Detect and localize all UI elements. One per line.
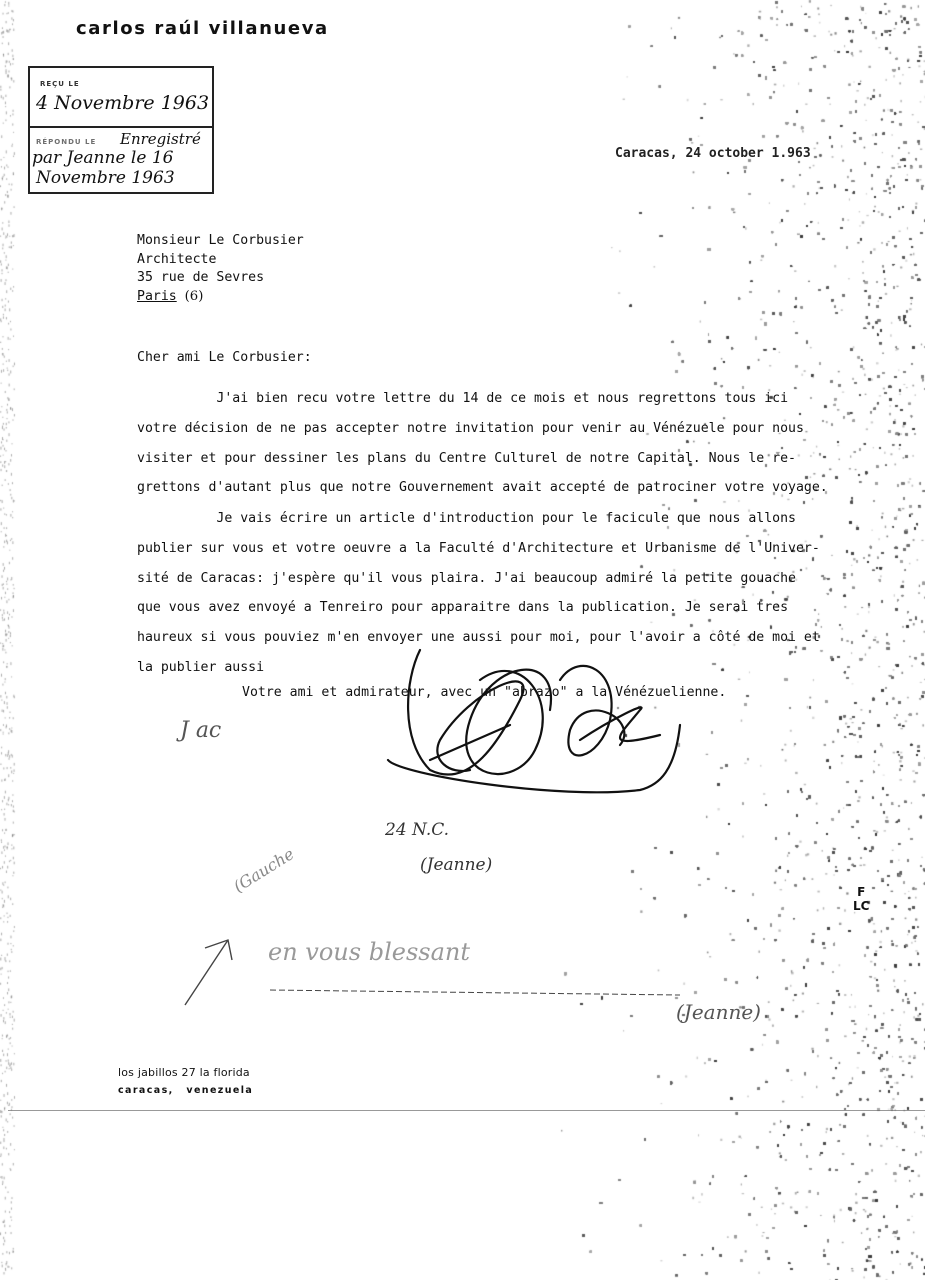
filing-mark: F LC [853,885,869,913]
stamp-note-line2: par Jeanne le 16 [32,148,173,168]
paragraph-line: haureux si vous pouviez m'en envoyer une… [137,623,820,653]
footer-address-line2: caracas, venezuela [118,1085,253,1096]
paragraph-line: Je vais écrire un article d'introduction… [137,504,820,534]
paragraph-line: publier sur vous et votre oeuvre a la Fa… [137,534,820,564]
filing-mark-line1: F [853,885,869,899]
recipient-name: Monsieur Le Corbusier [137,232,304,251]
received-stamp: REÇU LE 4 Novembre 1963 RÉPONDU LE Enreg… [28,66,214,194]
recipient-district: (6) [185,289,204,304]
stamp-label-answered: RÉPONDU LE [36,138,96,146]
letterhead-name: carlos raúl villanueva [76,18,329,39]
recipient-street: 35 rue de Sevres [137,269,304,288]
stamp-note-line1: Enregistré [120,130,201,148]
recipient-city: Paris [137,289,177,304]
salutation: Cher ami Le Corbusier: [137,350,312,365]
annotation-initials: J ac [180,718,221,743]
stamp-label-received: REÇU LE [40,80,80,88]
paragraph-line: que vous avez envoyé a Tenreiro pour app… [137,593,820,623]
paragraph-line: J'ai bien recu votre lettre du 14 de ce … [137,384,828,414]
closing-line: Votre ami et admirateur, avec un "abrazo… [242,685,726,700]
footer-address-line1: los jabillos 27 la florida [118,1066,253,1079]
recipient-address: Monsieur Le Corbusier Architecte 35 rue … [137,232,304,306]
paragraph-2: Je vais écrire un article d'introduction… [137,504,820,683]
annotation-bottom-right: (Jeanne) [676,1000,761,1024]
stamp-divider [30,126,212,128]
annotation-date: 24 N.C. [385,820,449,840]
annotation-signed: (Jeanne) [420,855,492,875]
page-edge-line [8,1110,925,1111]
stamp-received-date: 4 Novembre 1963 [36,92,209,114]
paragraph-line: sité de Caracas: j'espère qu'il vous pla… [137,564,820,594]
paragraph-line: grettons d'autant plus que notre Gouvern… [137,473,828,503]
annotation-diagonal: (Gauche [230,844,297,896]
paragraph-line: la publier aussi [137,653,820,683]
recipient-title: Architecte [137,251,304,270]
paragraph-line: visiter et pour dessiner les plans du Ce… [137,444,828,474]
letter-date: Caracas, 24 october 1.963 [615,146,811,161]
paragraph-1: J'ai bien recu votre lettre du 14 de ce … [137,384,828,503]
footer-address: los jabillos 27 la florida caracas, vene… [118,1066,253,1096]
arrow-icon [185,940,232,1005]
stamp-note-line3: Novembre 1963 [36,168,175,188]
annotation-bottom: en vous blessant [268,938,470,966]
paragraph-line: votre décision de ne pas accepter notre … [137,414,828,444]
filing-mark-line2: LC [853,899,869,913]
